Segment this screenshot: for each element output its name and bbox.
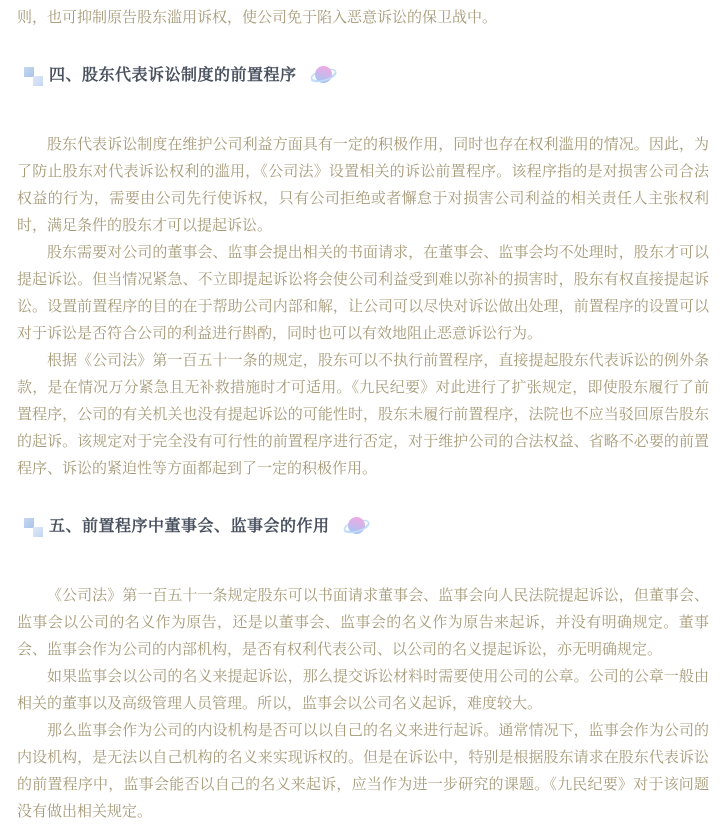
article-page: 则，也可抑制原告股东滥用诉权，使公司免于陷入恶意诉讼的保卫战中。 四、股东代表诉… [0,0,724,825]
section-heading-text: 五、前置程序中董事会、监事会的作用 [49,518,330,535]
section-heading-4: 四、股东代表诉讼制度的前置程序 [17,63,709,89]
paragraph: 《公司法》第一百五十一条规定股东可以书面请求董事会、监事会向人民法院提起诉讼，但… [17,582,709,663]
paragraph: 那么监事会作为公司的内设机构是否可以以自己的名义来进行起诉。通常情况下，监事会作… [17,717,709,825]
planet-icon [343,514,370,538]
section-heading-text: 四、股东代表诉讼制度的前置程序 [49,67,297,84]
heading-bullet-icon [24,518,44,538]
paragraph: 如果监事会以公司的名义来提起诉讼，那么提交诉讼材料时需要使用公司的公章。公司的公… [17,663,709,717]
heading-bullet-icon [24,67,44,87]
paragraph: 根据《公司法》第一百五十一条的规定，股东可以不执行前置程序，直接提起股东代表诉讼… [17,347,709,482]
intro-paragraph: 则，也可抑制原告股东滥用诉权，使公司免于陷入恶意诉讼的保卫战中。 [17,4,709,31]
section-heading-5: 五、前置程序中董事会、监事会的作用 [17,514,709,540]
planet-icon [310,63,337,87]
paragraph: 股东代表诉讼制度在维护公司利益方面具有一定的积极作用，同时也存在权利滥用的情况。… [17,131,709,239]
paragraph: 股东需要对公司的董事会、监事会提出相关的书面请求，在董事会、监事会均不处理时，股… [17,239,709,347]
